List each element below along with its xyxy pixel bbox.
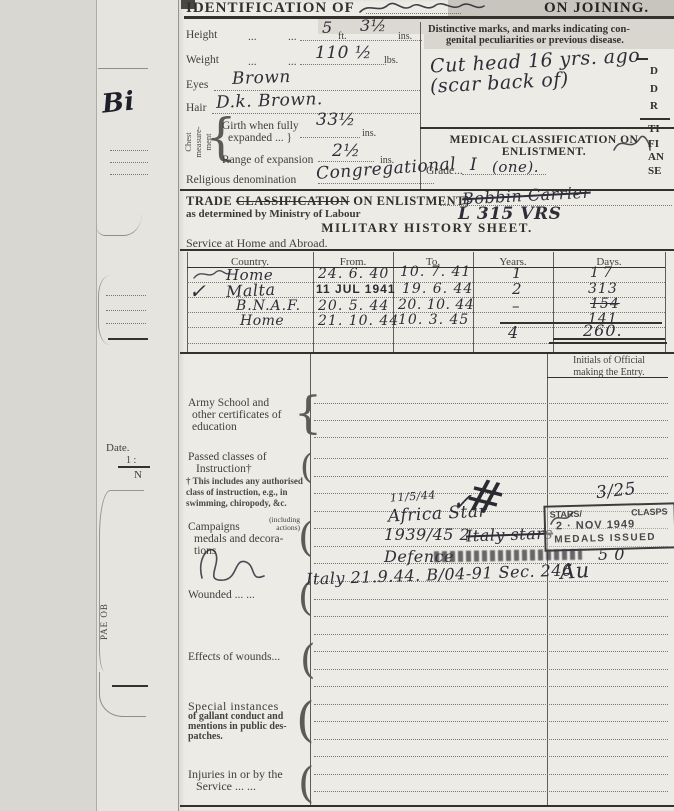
- dots: ...: [248, 31, 257, 43]
- hair-label: Hair: [186, 102, 206, 114]
- height-label: Height: [186, 29, 217, 41]
- weight-label: Weight: [186, 54, 219, 66]
- edge-fragment: R: [650, 101, 658, 113]
- campaign-1939-45: 1939/45 2: [384, 527, 470, 543]
- margin-pen-scribble: [610, 128, 654, 158]
- army-school-label-3: education: [192, 421, 237, 433]
- margin-fragment-1: 1 :: [126, 456, 136, 467]
- row-to: 20. 10. 44: [398, 298, 474, 312]
- rule-line: [112, 685, 148, 687]
- edge-fragment: D: [650, 84, 658, 96]
- row-to: 19. 6. 44: [402, 282, 473, 296]
- row-checkmark: ✓: [189, 281, 206, 301]
- girth-unit: ins.: [362, 129, 376, 140]
- rule-line: [549, 342, 667, 344]
- dotted-line: [314, 403, 668, 404]
- dotted-line: [314, 774, 668, 775]
- girth-label-2: expanded ... }: [228, 132, 292, 144]
- dotted-line: [110, 162, 148, 163]
- form-title-left: IDENTIFICATION OF: [186, 1, 355, 17]
- rule-line: [108, 338, 148, 340]
- dotted-line: [314, 686, 668, 687]
- girth-label-1: Girth when fully: [222, 120, 299, 132]
- margin-hand-bi: Bi: [101, 88, 136, 117]
- dotted-line: [110, 150, 148, 151]
- medal-hand-scribble: [194, 540, 270, 588]
- dotted-line: [314, 616, 668, 617]
- eyes-label: Eyes: [186, 79, 208, 91]
- range-value: 2½: [332, 143, 360, 160]
- passed-classes-label-1: Passed classes of: [188, 451, 267, 463]
- row-days-struck: 154: [590, 297, 620, 311]
- margin-date-label: Date.: [106, 443, 130, 455]
- chest-measurement-label: Chestmeasure-ment: [184, 114, 213, 170]
- edge-fragment: D: [650, 66, 658, 78]
- dotted-line: [318, 183, 434, 184]
- ft-unit: ft.: [338, 32, 347, 43]
- wounded-label: Wounded ... ...: [188, 589, 255, 601]
- marks-heading-1: Distinctive marks, and marks indicating …: [428, 24, 630, 35]
- dots: ...: [248, 56, 257, 68]
- army-school-label-1: Army School and: [188, 397, 269, 409]
- handwritten-name-scribble: [356, 0, 488, 16]
- scanned-form-page: IDENTIFICATION OF ON JOINING. Height ...…: [0, 0, 674, 811]
- section-brace: (: [298, 518, 314, 558]
- trade-value: L 315 VRS: [458, 206, 561, 223]
- medals-count: 5 0: [598, 547, 625, 563]
- effects-of-wounds-label: Effects of wounds...: [188, 651, 280, 663]
- height-ft-value: 5: [322, 20, 333, 36]
- dotted-line: [314, 651, 668, 652]
- initials-column-heading: Initials of Officialmaking the Entry.: [551, 355, 667, 378]
- trade-subheading: as determined by Ministry of Labour: [186, 209, 360, 221]
- row-to: 10. 7. 41: [400, 265, 471, 279]
- column-line: [665, 252, 666, 352]
- section-brace: (: [300, 640, 316, 680]
- in-unit: ins.: [398, 32, 412, 43]
- stamp-medals-issued: MEDALS ISSUED: [554, 532, 656, 546]
- religion-label: Religious denomination: [186, 174, 296, 186]
- torn-edge-curve: [99, 672, 146, 717]
- weight-value: 110 ½: [315, 45, 372, 62]
- rule-line: [180, 189, 674, 191]
- dotted-line: [314, 458, 668, 459]
- army-school-label-2: other certificates of: [192, 409, 281, 421]
- row-days: 17: [590, 266, 616, 280]
- dotted-line: [314, 739, 668, 740]
- dots: ...: [288, 31, 297, 43]
- passed-classes-footnote: † This includes any authorised class of …: [186, 476, 306, 508]
- grade-value-word: (one).: [492, 160, 539, 175]
- section-brace: {: [294, 392, 322, 436]
- dotted-line: [314, 791, 668, 792]
- row-years: 1: [512, 266, 522, 281]
- rule-line: [640, 118, 670, 120]
- height-in-value: 3½: [360, 18, 387, 34]
- dotted-line: [314, 599, 668, 600]
- dotted-line: [106, 323, 146, 324]
- campaign-entry-date: 11/5/44: [390, 489, 437, 503]
- row-from: 24. 6. 40: [318, 267, 389, 281]
- passed-classes-label-2: Instruction†: [196, 463, 252, 475]
- torn-edge-curve: [99, 490, 144, 671]
- grade-value: I: [470, 157, 477, 174]
- dotted-line: [106, 310, 146, 311]
- injuries-label-2: Service ... ...: [196, 780, 256, 793]
- official-initials: Au: [559, 560, 590, 583]
- dotted-line: [314, 634, 668, 635]
- service-heading: Service at Home and Abroad.: [186, 237, 328, 250]
- row-years: –: [512, 299, 520, 314]
- dotted-line: [314, 704, 668, 705]
- dotted-line: [300, 64, 386, 65]
- row-years: 2: [512, 282, 522, 297]
- trade-heading: TRADE CLASSIFICATION ON ENLISTMENT}: [186, 195, 470, 208]
- medals-fraction: 3/25: [595, 481, 637, 502]
- edge-fragment: SE: [648, 166, 661, 178]
- dotted-line: [106, 295, 146, 296]
- military-history-title: MILITARY HISTORY SHEET.: [180, 221, 674, 235]
- dotted-line: [314, 669, 668, 670]
- lbs-unit: lbs.: [384, 56, 398, 67]
- section-brace: (: [298, 762, 314, 804]
- margin-vertical-fragment: PAE OB: [100, 603, 109, 640]
- left-page-strip: [0, 0, 96, 811]
- total-days: 260.: [583, 323, 623, 339]
- special-instances-label-4: patches.: [188, 732, 223, 743]
- row-to: 10. 3. 45: [398, 313, 469, 327]
- dotted-line: [314, 756, 668, 757]
- row-days: 313: [588, 282, 618, 296]
- girth-value: 33½: [316, 112, 356, 129]
- campaigns-label: Campaigns: [188, 521, 240, 533]
- total-years: 4: [508, 325, 519, 341]
- dotted-line: [314, 437, 668, 438]
- margin-fragment-2: N: [134, 470, 142, 482]
- dotted-line: [314, 721, 668, 722]
- dotted-line: [314, 420, 668, 421]
- section-brace: (: [296, 696, 315, 744]
- rule-line: [500, 322, 662, 324]
- campaign-italy-stars-struck: Italy stars: [466, 525, 554, 544]
- campaigns-sup: (including actions): [250, 516, 300, 533]
- row-country: B.N.A.F.: [236, 299, 301, 313]
- torn-edge-curve: [96, 180, 142, 236]
- rule-line: [180, 805, 674, 807]
- rule-line: [180, 352, 674, 354]
- eyes-value: Brown: [232, 69, 291, 88]
- row-from: 21. 10. 44: [318, 314, 399, 328]
- stamp-corner-scribble: [547, 506, 577, 530]
- trade-word-struck: CLASSIFICATION: [236, 194, 350, 208]
- row-from: 20. 5. 44: [318, 299, 389, 313]
- dotted-line: [300, 137, 360, 138]
- date-stamp: 11 JUL 1941: [316, 283, 396, 295]
- range-label: Range of expansion: [222, 154, 313, 166]
- marks-heading-2: genital peculiarities or previous diseas…: [446, 35, 624, 46]
- row-country: Home: [240, 314, 284, 328]
- hair-value: D.k. Brown.: [216, 91, 323, 112]
- form-title-right: ON JOINING.: [544, 1, 649, 17]
- dotted-line: [110, 174, 148, 175]
